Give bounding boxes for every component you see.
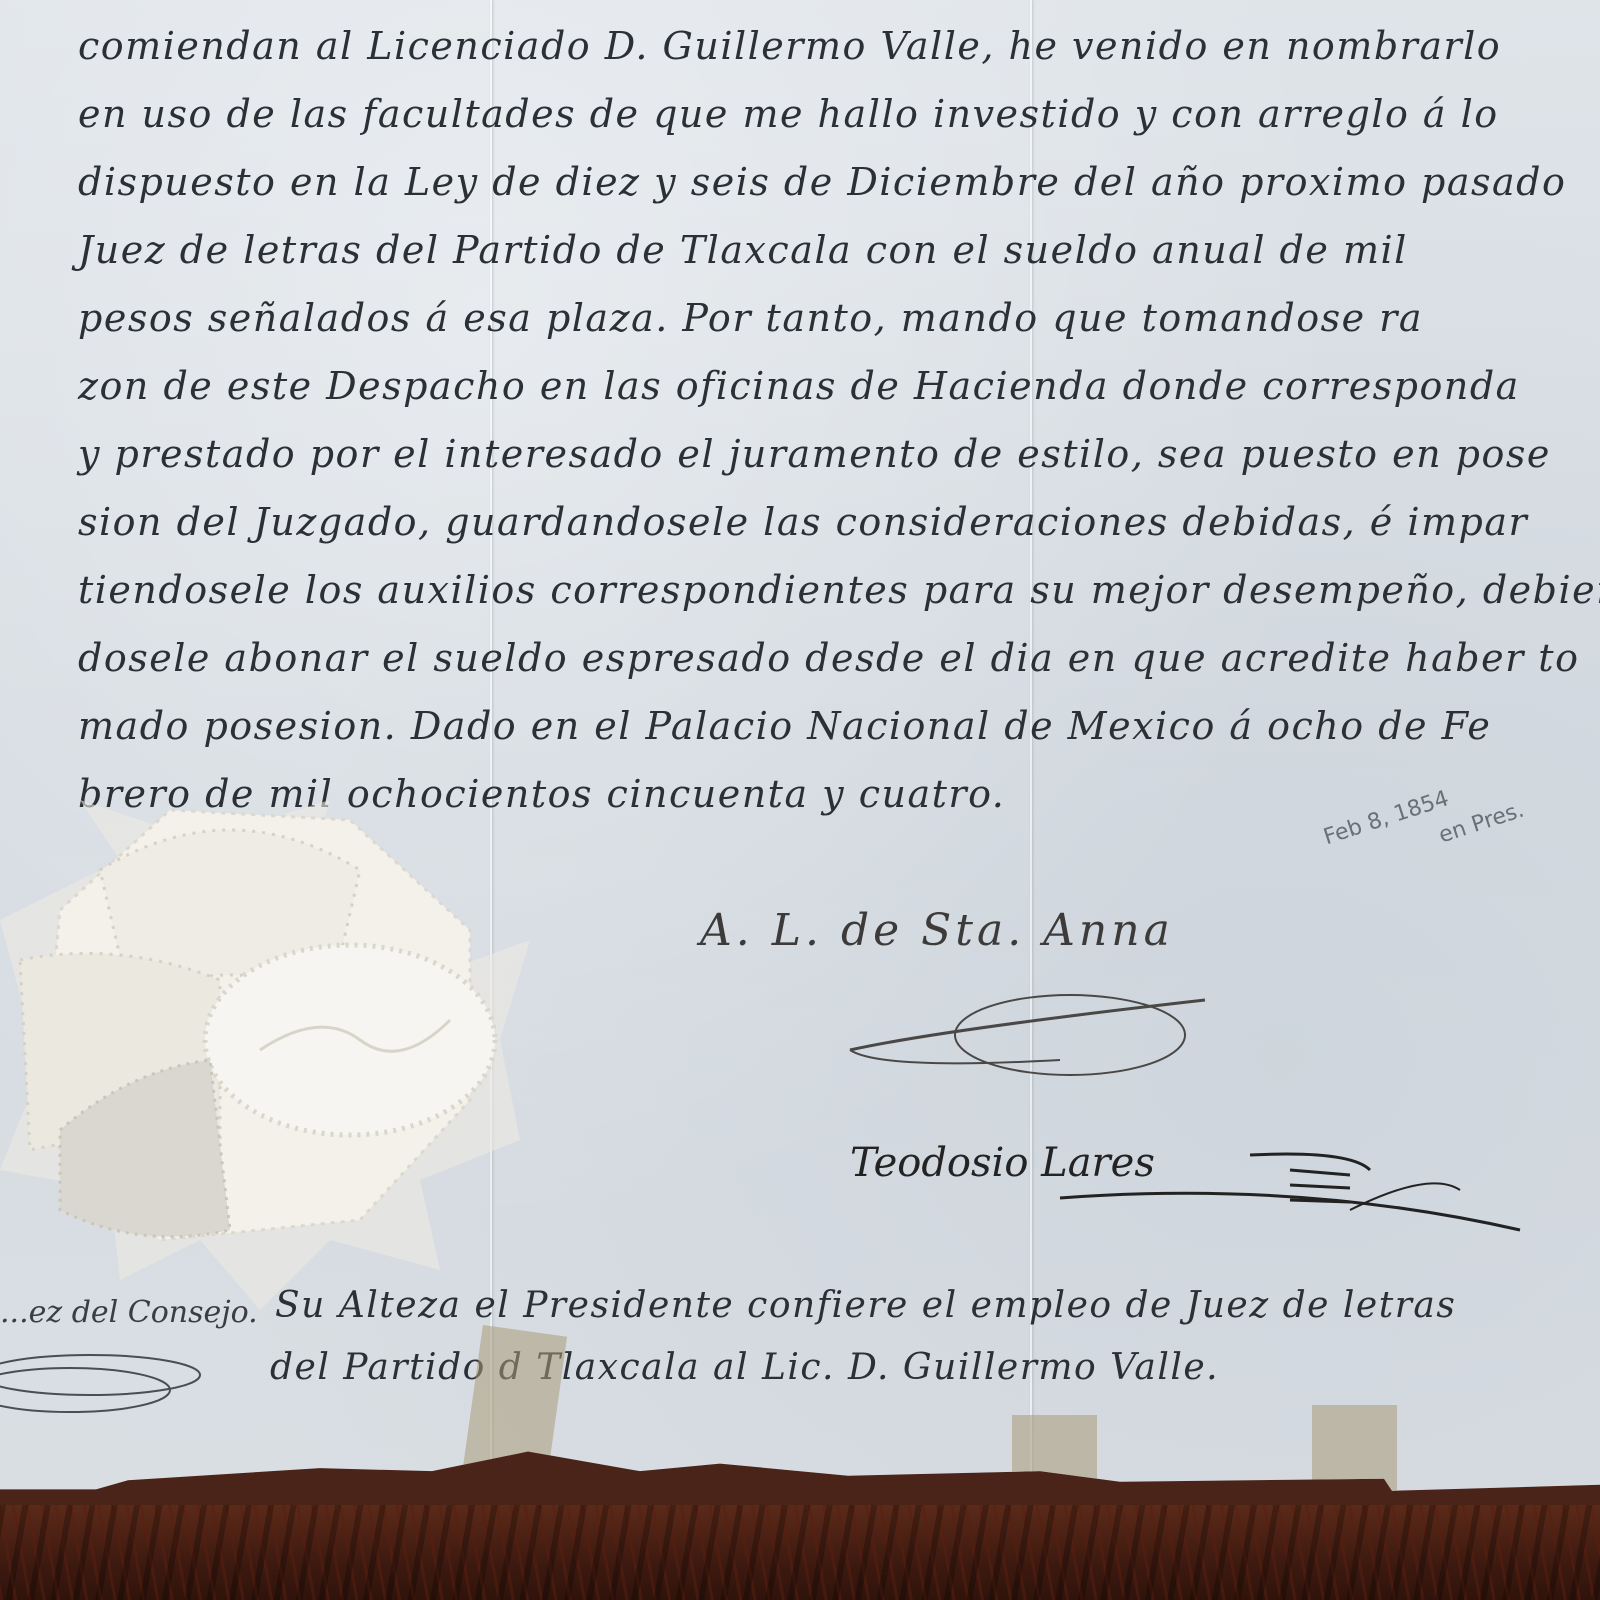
body-line: Juez de letras del Partido de Tlaxcala c… [78, 216, 1600, 284]
seal-icon [0, 800, 530, 1310]
body-line: dosele abonar el sueldo espresado desde … [78, 624, 1600, 692]
document-summary-note: Su Alteza el Presidente confiere el empl… [275, 1275, 1595, 1399]
signature-flourish-icon [1050, 1150, 1530, 1240]
partial-signature-left: ...ez del Consejo. [0, 1295, 258, 1330]
body-line: sion del Juzgado, guardandosele las cons… [78, 488, 1600, 556]
document-paper: comiendan al Licenciado D. Guillermo Val… [0, 0, 1600, 1512]
signature-flourish-icon [840, 990, 1220, 1090]
repair-tape [1012, 1415, 1097, 1495]
repair-tape [1312, 1405, 1397, 1497]
footer-line: del Partido d Tlaxcala al Lic. D. Guille… [270, 1337, 1595, 1399]
body-line: pesos señalados á esa plaza. Por tanto, … [78, 284, 1600, 352]
body-line: mado posesion. Dado en el Palacio Nacion… [78, 692, 1600, 760]
signature-flourish-icon [0, 1345, 220, 1425]
body-line: dispuesto en la Ley de diez y seis de Di… [78, 148, 1600, 216]
footer-line: Su Alteza el Presidente confiere el empl… [275, 1275, 1595, 1337]
body-line: tiendosele los auxilios correspondientes… [78, 556, 1600, 624]
signature-santa-anna: A. L. de Sta. Anna [700, 905, 1174, 956]
embossed-paper-seal [0, 800, 530, 1310]
body-line: zon de este Despacho en las oficinas de … [78, 352, 1600, 420]
body-line: y prestado por el interesado el jurament… [78, 420, 1600, 488]
wooden-table-surface [0, 1505, 1600, 1600]
body-line: en uso de las facultades de que me hallo… [78, 80, 1600, 148]
body-line: comiendan al Licenciado D. Guillermo Val… [78, 12, 1600, 80]
document-body: comiendan al Licenciado D. Guillermo Val… [78, 12, 1600, 828]
